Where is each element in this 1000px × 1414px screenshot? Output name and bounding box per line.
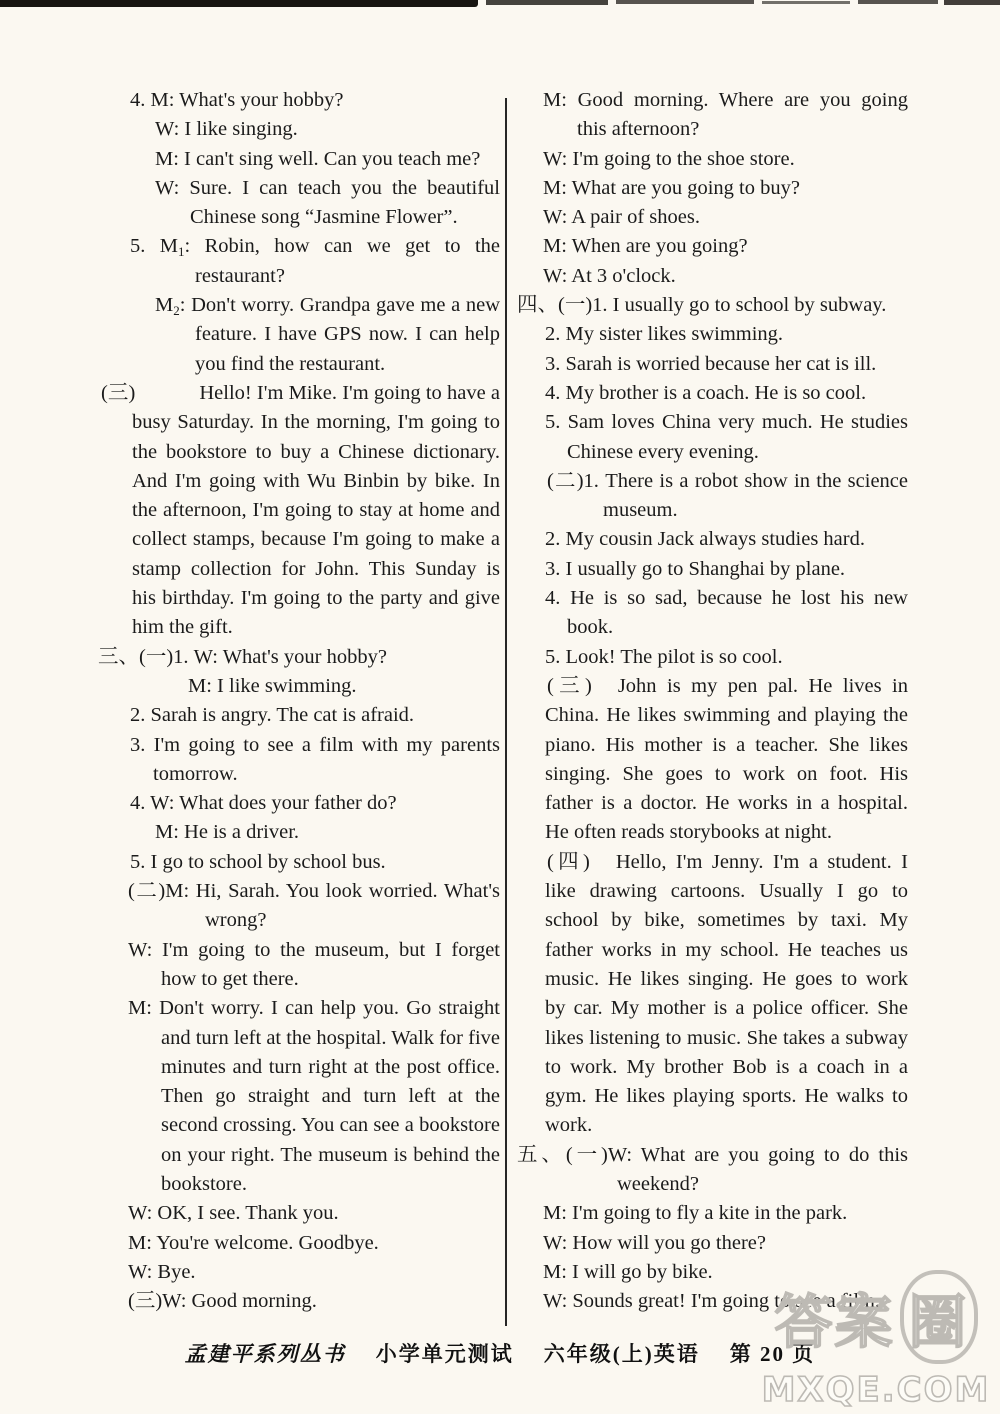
script-entry: M: Don't worry. I can help you. Go strai…: [98, 994, 500, 1199]
script-entry: M2: Don't worry. Grandpa gave me a new f…: [98, 291, 500, 379]
script-entry: 4. M: What's your hobby?: [98, 86, 500, 115]
script-entry: M: When are you going?: [517, 232, 908, 261]
script-entry: 四、(一)1. I usually go to school by subway…: [517, 291, 908, 320]
watermark-circled-character: 圈: [900, 1270, 978, 1364]
watermark-brand-text: 答案: [774, 1288, 894, 1356]
script-entry: 2. Sarah is angry. The cat is afraid.: [98, 701, 500, 730]
scan-edge-segment: [944, 0, 1000, 5]
column-divider: [505, 98, 507, 1326]
script-entry: (二)1. There is a robot show in the scien…: [517, 467, 908, 526]
script-entry: (三)Hello! I'm Mike. I'm going to have a …: [98, 379, 500, 643]
section-marker: (三): [101, 382, 135, 404]
section-marker: (四): [547, 851, 590, 873]
listening-script-right-column: M: Good morning. Where are you going thi…: [517, 86, 908, 1316]
script-entry: W: I'm going to the shoe store.: [517, 145, 908, 174]
script-entry: (三)W: Good morning.: [98, 1287, 500, 1316]
scan-edge-segment: [858, 0, 938, 4]
script-entry: W: At 3 o'clock.: [517, 262, 908, 291]
script-entry: M: I'm going to fly a kite in the park.: [517, 1199, 908, 1228]
script-entry: M: Good morning. Where are you going thi…: [517, 86, 908, 145]
script-entry: 2. My sister likes swimming.: [517, 320, 908, 349]
scan-edge-segment: [616, 0, 754, 4]
script-entry: W: A pair of shoes.: [517, 203, 908, 232]
script-entry: (三)John is my pen pal. He lives in China…: [517, 672, 908, 848]
script-entry: W: OK, I see. Thank you.: [98, 1199, 500, 1228]
script-entry: 3. I usually go to Shanghai by plane.: [517, 555, 908, 584]
script-entry: 5. Look! The pilot is so cool.: [517, 643, 908, 672]
script-entry: 三、(一)1. W: What's your hobby?: [98, 643, 500, 672]
script-entry: 5. M1: Robin, how can we get to the rest…: [98, 232, 500, 291]
watermark-site: MXQE.COM: [758, 1370, 994, 1410]
footer-test-name: 小学单元测试: [376, 1338, 514, 1368]
script-entry: 3. Sarah is worried because her cat is i…: [517, 350, 908, 379]
script-entry: W: Sure. I can teach you the beautiful C…: [98, 174, 500, 233]
script-entry: M: I can't sing well. Can you teach me?: [98, 145, 500, 174]
script-entry: (四)Hello, I'm Jenny. I'm a student. I li…: [517, 848, 908, 1141]
script-entry: 4. W: What does your father do?: [98, 789, 500, 818]
script-entry: W: How will you go there?: [517, 1229, 908, 1258]
listening-script-left-column: 4. M: What's your hobby?W: I like singin…: [98, 86, 500, 1316]
script-entry: 5. I go to school by school bus.: [98, 848, 500, 877]
footer-series-title: 孟建平系列丛书: [185, 1338, 346, 1368]
scan-edge-segment: [762, 1, 850, 4]
script-entry: M: What are you going to buy?: [517, 174, 908, 203]
scan-edge-segment: [486, 0, 608, 5]
script-entry: W: I'm going to the museum, but I forget…: [98, 936, 500, 995]
script-entry: W: I like singing.: [98, 115, 500, 144]
footer-grade-subject: 六年级(上)英语: [544, 1338, 700, 1368]
scan-edge-segment: [0, 0, 478, 7]
script-entry: (二)M: Hi, Sarah. You look worried. What'…: [98, 877, 500, 936]
script-entry: 4. My brother is a coach. He is so cool.: [517, 379, 908, 408]
script-entry: M: He is a driver.: [98, 818, 500, 847]
script-entry: M: You're welcome. Goodbye.: [98, 1229, 500, 1258]
script-entry: 五、(一)W: What are you going to do this we…: [517, 1141, 908, 1200]
script-entry: 2. My cousin Jack always studies hard.: [517, 525, 908, 554]
page: 4. M: What's your hobby?W: I like singin…: [0, 0, 1000, 1414]
script-entry: 5. Sam loves China very much. He studies…: [517, 408, 908, 467]
script-entry: W: Bye.: [98, 1258, 500, 1287]
script-entry: 3. I'm going to see a film with my paren…: [98, 731, 500, 790]
watermark-brand: 答案圈: [758, 1270, 994, 1364]
script-entry: M: I like swimming.: [98, 672, 500, 701]
script-entry: 4. He is so sad, because he lost his new…: [517, 584, 908, 643]
section-marker: (三): [547, 675, 592, 697]
